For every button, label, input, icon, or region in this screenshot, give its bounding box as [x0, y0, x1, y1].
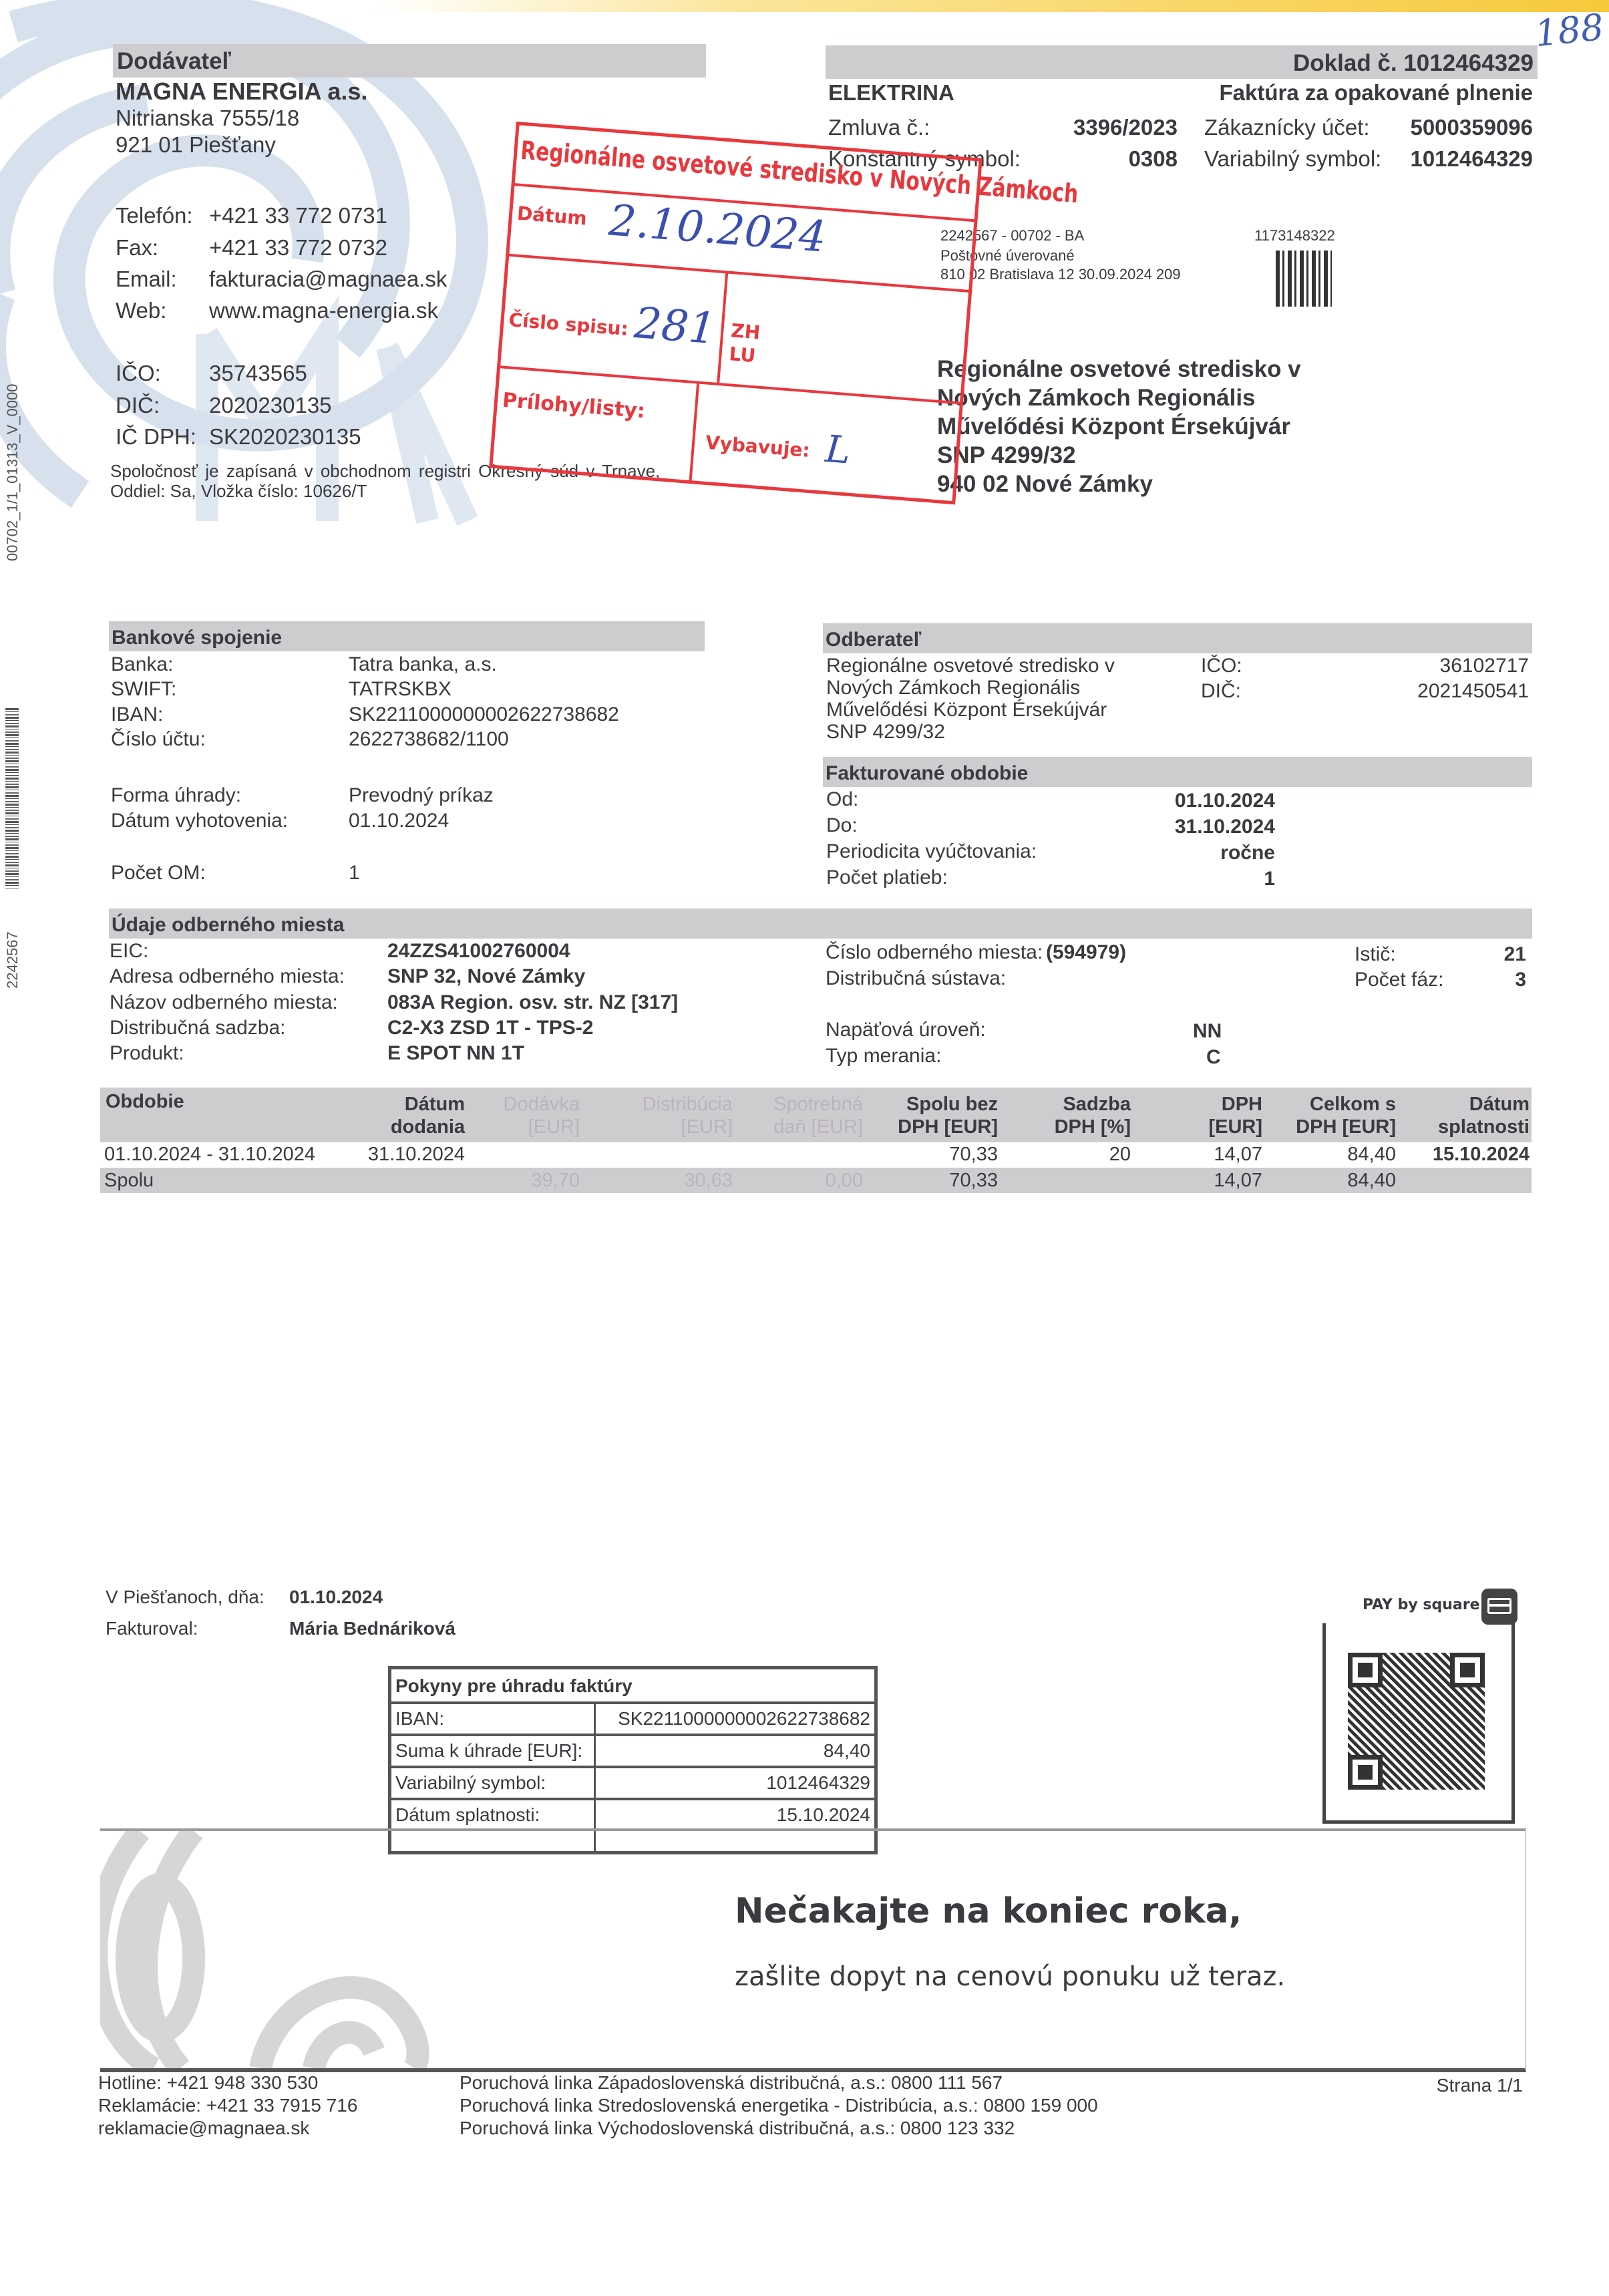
web-label: Web: [116, 298, 166, 323]
phases-value: 3 [1515, 969, 1526, 991]
batch-code-text: 2242567 [4, 931, 21, 989]
recipient-line-3: Művelődési Központ Érsekújvár [937, 414, 1290, 440]
account-value: 2622738682/1100 [349, 728, 509, 751]
breaker-label: Istič: [1355, 943, 1396, 966]
swift-label: SWIFT: [111, 678, 176, 701]
pay-by-square-label: PAY by square [1363, 1597, 1479, 1613]
product-label: Produkt: [110, 1042, 184, 1065]
paybox-iban-label: IBAN: [395, 1704, 444, 1735]
th-period: Obdobie [106, 1090, 184, 1113]
ic-dph-label: IČ DPH: [116, 424, 196, 450]
promo-headline: Nečakajte na koniec roka, [735, 1891, 1242, 1931]
postal-line-3: 810 02 Bratislava 12 30.09.2024 209 [940, 266, 1181, 283]
customer-dic-label: DIČ: [1201, 680, 1241, 703]
customer-line-3: Művelődési Központ Érsekújvár [826, 699, 1107, 721]
customer-ico-label: IČO: [1201, 655, 1242, 677]
th-vat-rate: Sadzba [1063, 1093, 1131, 1116]
th-vat-2: [EUR] [1208, 1116, 1262, 1138]
qr-finder [1450, 1653, 1485, 1687]
customer-dic-value: 2021450541 [1417, 680, 1529, 703]
bank-header-bar: Bankové spojenie [109, 621, 705, 651]
row-due: 15.10.2024 [1433, 1144, 1530, 1166]
periodicity-value: ročne [1220, 842, 1275, 864]
invoiced-by-value: Mária Bednáriková [289, 1618, 456, 1639]
registry-stamp: Regionálne osvetové stredisko v Nových Z… [489, 122, 982, 504]
ic-dph-value: SK2020230135 [209, 424, 361, 450]
supplier-name: MAGNA ENERGIA a.s. [116, 77, 367, 106]
side-document-code: 00702_1/1_01313_V_0000 2242567 [1, 481, 21, 1002]
period-to-label: Do: [826, 814, 858, 837]
variable-symbol-value: 1012464329 [1410, 146, 1533, 172]
paybox-vs-value: 1012464329 [766, 1768, 870, 1799]
point-name-value: 083A Region. osv. str. NZ [317] [387, 991, 678, 1014]
voltage-label: Napäťová úroveň: [826, 1019, 986, 1041]
bank-label: Banka: [111, 653, 173, 676]
periodicity-label: Periodicita vyúčtovania: [826, 840, 1037, 863]
issue-date-value: 01.10.2024 [349, 810, 449, 832]
recipient-line-1: Regionálne osvetové stredisko v [937, 356, 1301, 383]
payments-count-label: Počet platieb: [826, 866, 948, 889]
web-link[interactable]: www.magna-energia.sk [209, 298, 438, 323]
point-name-label: Názov odberného miesta: [110, 991, 338, 1014]
paybox-amount-value: 84,40 [824, 1736, 870, 1767]
total-label: Spolu [104, 1170, 154, 1192]
top-yellow-band [374, 0, 1609, 12]
paybox-row: IBAN: SK2211000000002622738682 [391, 1701, 874, 1735]
supplier-city: 921 01 Piešťany [116, 132, 276, 158]
eic-value: 24ZZS41002760004 [387, 940, 570, 963]
supplier-header-bar: Dodávateľ [113, 44, 706, 77]
recipient-line-5: 940 02 Nové Zámky [937, 471, 1153, 498]
recipient-line-2: Nových Zámkoch Regionális [937, 385, 1256, 412]
th-vat-rate-2: DPH [%] [1055, 1116, 1131, 1138]
footer-page-number: Strana 1/1 [1437, 2074, 1523, 2097]
commodity: ELEKTRINA [828, 80, 954, 106]
paybox-row: Suma k úhrade [EUR]: 84,40 [391, 1734, 874, 1767]
period-from-value: 01.10.2024 [1175, 790, 1275, 812]
row-gross: 84,40 [1347, 1144, 1396, 1166]
row-vat-rate: 20 [1109, 1144, 1131, 1166]
total-net: 70,33 [949, 1170, 998, 1192]
th-distribution: Distribúcia [643, 1093, 733, 1116]
billing-period-section-title: Fakturované obdobie [826, 762, 1028, 785]
period-to-value: 31.10.2024 [1175, 816, 1275, 838]
billing-period-header-bar: Fakturované obdobie [823, 757, 1532, 787]
th-vat: DPH [1222, 1093, 1262, 1116]
qr-finder [1348, 1755, 1383, 1790]
period-from-label: Od: [826, 788, 858, 811]
phone-label: Telefón: [116, 203, 193, 228]
supplier-section-title: Dodávateľ [117, 48, 231, 75]
row-delivery-date: 31.10.2024 [368, 1144, 465, 1166]
paybox-row: Variabilný symbol: 1012464329 [391, 1766, 874, 1799]
issue-date-label: Dátum vyhotovenia: [111, 810, 288, 832]
consumption-point-header-bar: Údaje odberného miesta [109, 909, 1532, 939]
bank-value: Tatra banka, a.s. [349, 653, 497, 676]
registry-note-2: Oddiel: Sa, Vložka číslo: 10626/T [110, 481, 367, 502]
document-number: Doklad č. 1012464329 [1293, 50, 1534, 77]
paybox-row: Dátum splatnosti: 15.10.2024 [391, 1798, 874, 1831]
constant-symbol-value: 0308 [1129, 146, 1178, 172]
th-due-2: splatnosti [1438, 1116, 1530, 1138]
email-label: Email: [116, 267, 177, 292]
om-count-label: Počet OM: [111, 862, 206, 884]
stamp-handled-value: L [824, 428, 852, 473]
total-vat: 14,07 [1214, 1170, 1262, 1192]
distribution-rate-label: Distribučná sadzba: [110, 1017, 285, 1039]
footer-complaints-email[interactable]: reklamacie@magnaea.sk [98, 2117, 309, 2140]
contract-value: 3396/2023 [1073, 115, 1178, 140]
payment-form-value: Prevodný príkaz [349, 784, 494, 807]
account-label: Číslo účtu: [111, 728, 206, 751]
iban-label: IBAN: [111, 703, 163, 726]
th-supply: Dodávka [504, 1093, 580, 1116]
stamp-number-value: 281 [633, 299, 718, 354]
point-number-value: (594979) [1046, 941, 1126, 964]
place-date: 01.10.2024 [289, 1587, 383, 1608]
point-address-label: Adresa odberného miesta: [110, 965, 345, 988]
th-excise: Spotrebná [773, 1093, 863, 1116]
customer-account-value: 5000359096 [1410, 115, 1533, 140]
fax-value: +421 33 772 0732 [209, 235, 387, 261]
supplier-street: Nitrianska 7555/18 [116, 106, 299, 131]
th-gross-2: DPH [EUR] [1296, 1116, 1396, 1138]
paybox-iban-value: SK2211000000002622738682 [618, 1704, 870, 1735]
phases-label: Počet fáz: [1355, 969, 1443, 991]
ico-value: 35743565 [209, 361, 307, 386]
row-vat: 14,07 [1214, 1144, 1262, 1166]
th-gross: Celkom s [1310, 1093, 1396, 1116]
place-label: V Piešťanoch, dňa: [106, 1587, 264, 1608]
promo-swirl-decoration [100, 1831, 474, 2068]
promo-banner: Nečakajte na koniec roka, zašlite dopyt … [100, 1828, 1526, 2072]
iban-value: SK2211000000002622738682 [349, 703, 619, 726]
eic-label: EIC: [110, 940, 148, 963]
credit-card-icon [1481, 1589, 1517, 1625]
customer-header-bar: Odberateľ [823, 623, 1532, 653]
footer-fault-line-west: Poruchová linka Západoslovenská distribu… [460, 2072, 1003, 2094]
doc-code-text: 00702_1/1_01313_V_0000 [4, 384, 21, 562]
customer-line-2: Nových Zámkoch Regionális [826, 677, 1080, 699]
th-net-2: DPH [EUR] [898, 1116, 998, 1138]
paybox-amount-label: Suma k úhrade [EUR]: [395, 1736, 582, 1767]
row-net: 70,33 [949, 1144, 998, 1166]
total-supply: 39,70 [531, 1170, 580, 1192]
th-delivery-date: Dátum [405, 1093, 465, 1116]
distribution-rate-value: C2-X3 ZSD 1T - TPS-2 [387, 1017, 593, 1039]
stamp-lu: LU [728, 343, 756, 367]
vertical-barcode [5, 708, 19, 888]
handwritten-page-number: 188 [1533, 6, 1606, 55]
th-distribution-2: [EUR] [681, 1116, 733, 1138]
distribution-system-label: Distribučná sústava: [826, 967, 1006, 990]
payment-form-label: Forma úhrady: [111, 784, 241, 807]
footer-complaints-phone: Reklamácie: +421 33 7915 716 [98, 2094, 357, 2117]
payment-instructions-title: Pokyny pre úhradu faktúry [395, 1671, 633, 1701]
th-net: Spolu bez [906, 1093, 998, 1116]
document-header-bar: Doklad č. 1012464329 [826, 45, 1538, 79]
product-value: E SPOT NN 1T [387, 1042, 524, 1065]
pay-by-square-qr-code[interactable] [1348, 1653, 1485, 1790]
point-number-label: Číslo odberného miesta: [826, 941, 1043, 964]
paybox-due-value: 15.10.2024 [777, 1800, 870, 1831]
total-distribution: 30,63 [684, 1170, 733, 1192]
invoice-table-total [100, 1168, 1532, 1193]
th-excise-2: daň [EUR] [773, 1116, 863, 1138]
customer-account-label: Zákaznícky účet: [1204, 115, 1370, 140]
contract-label: Zmluva č.: [828, 115, 930, 140]
customer-line-1: Regionálne osvetové stredisko v [826, 655, 1115, 677]
swift-value: TATRSKBX [349, 678, 452, 701]
om-count-value: 1 [349, 862, 360, 884]
th-due: Dátum [1469, 1093, 1530, 1116]
metering-value: C [1206, 1046, 1221, 1069]
invoiced-by-label: Fakturoval: [106, 1618, 198, 1639]
bank-section-title: Bankové spojenie [112, 627, 282, 649]
stamp-zh: ZH [730, 319, 761, 343]
customer-line-4: SNP 4299/32 [826, 721, 945, 744]
dic-label: DIČ: [116, 393, 160, 418]
paybox-vs-label: Variabilný symbol: [395, 1768, 546, 1799]
th-delivery-date-2: dodania [391, 1116, 465, 1138]
voltage-value: NN [1193, 1020, 1222, 1043]
th-supply-2: [EUR] [528, 1116, 580, 1138]
footer-fault-line-central: Poruchová linka Stredoslovenská energeti… [460, 2094, 1098, 2117]
metering-label: Typ merania: [826, 1045, 941, 1068]
ico-label: IČO: [116, 361, 161, 386]
dic-value: 2020230135 [209, 393, 332, 418]
phone-value: +421 33 772 0731 [209, 203, 387, 228]
total-gross: 84,40 [1347, 1170, 1396, 1192]
consumption-point-section-title: Údaje odberného miesta [112, 914, 344, 937]
payment-instructions-box: Pokyny pre úhradu faktúry IBAN: SK221100… [388, 1666, 878, 1854]
paybox-due-label: Dátum splatnosti: [395, 1800, 540, 1831]
fax-label: Fax: [116, 235, 158, 261]
customer-ico-value: 36102717 [1440, 655, 1529, 677]
qr-finder [1348, 1653, 1383, 1687]
payments-count-value: 1 [1264, 868, 1275, 890]
total-excise: 0,00 [826, 1170, 863, 1192]
footer-fault-line-east: Poruchová linka Východoslovenská distrib… [460, 2117, 1015, 2140]
datamatrix-code [1276, 251, 1332, 307]
footer-hotline: Hotline: +421 948 330 530 [98, 2072, 318, 2094]
variable-symbol-label: Variabilný symbol: [1204, 146, 1381, 172]
customer-section-title: Odberateľ [826, 629, 921, 651]
promo-subline: zašlite dopyt na cenovú ponuku už teraz. [735, 1961, 1285, 1992]
postal-code: 1173148322 [1254, 227, 1335, 244]
email-link[interactable]: fakturacia@magnaea.sk [209, 267, 447, 292]
breaker-value: 21 [1504, 943, 1526, 966]
point-address-value: SNP 32, Nové Zámky [387, 965, 585, 988]
row-period: 01.10.2024 - 31.10.2024 [104, 1144, 315, 1166]
document-type: Faktúra za opakované plnenie [1220, 80, 1533, 106]
